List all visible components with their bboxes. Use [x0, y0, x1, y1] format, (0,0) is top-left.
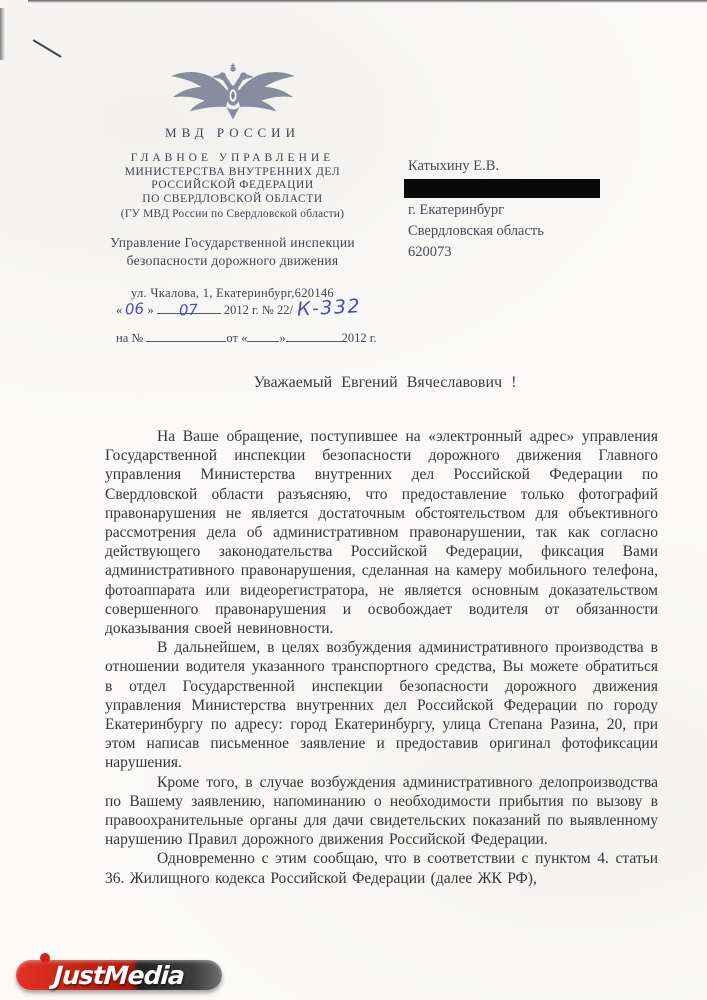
outgoing-reference-line: «06» 07 2012 г. № 22/К-332	[116, 297, 361, 319]
incoming-reference-line: на № от «»2012 г.	[116, 328, 377, 346]
handwritten-month: 07	[179, 301, 199, 320]
org-line-2: МИНИСТЕРСТВА ВНУТРЕННИХ ДЕЛ	[40, 166, 425, 180]
body-paragraph-2: В дальнейшем, в целях возбуждения админи…	[105, 638, 658, 772]
recipient-region: Свердловская область	[408, 221, 648, 242]
recipient-name: Катыхину Е.В.	[408, 156, 648, 177]
division-line-2: безопасности дорожного движения	[40, 252, 425, 270]
handwritten-number: К-332	[292, 295, 361, 321]
division-name: Управление Государственной инспекции без…	[40, 234, 425, 270]
justmedia-logo-text: JustMedia	[15, 960, 223, 990]
org-full-name: ГЛАВНОЕ УПРАВЛЕНИЕ МИНИСТЕРСТВА ВНУТРЕНН…	[40, 152, 425, 206]
org-name: МВД РОССИИ	[40, 125, 425, 141]
org-line-3: РОССИЙСКОЙ ФЕДЕРАЦИИ	[40, 179, 425, 193]
recipient-block: Катыхину Е.В. г. Екатеринбург Свердловск…	[408, 156, 648, 263]
scan-edge-artifact-left	[0, 8, 5, 60]
scan-edge-artifact-top	[28, 0, 707, 3]
org-abbreviation: (ГУ МВД России по Свердловской области)	[40, 208, 425, 220]
letterhead: МВД РОССИИ ГЛАВНОЕ УПРАВЛЕНИЕ МИНИСТЕРСТ…	[40, 62, 425, 301]
justmedia-watermark: JustMedia	[14, 953, 226, 993]
division-line-1: Управление Государственной инспекции	[40, 234, 425, 252]
reply-no-label: на №	[116, 331, 143, 345]
redaction-bar	[404, 179, 600, 198]
body-paragraph-3: Кроме того, в случае возбуждения админис…	[105, 773, 658, 850]
reference-printed-tail: 2012 г. № 22/	[224, 303, 293, 317]
body-paragraph-4: Одновременно с этим сообщаю, что в соотв…	[105, 849, 658, 887]
quote-close: »	[147, 303, 153, 317]
reply-year: 2012 г.	[342, 331, 377, 345]
handwritten-day: 06	[122, 299, 148, 318]
justmedia-logo-pill: JustMedia	[16, 960, 222, 990]
mvd-eagle-emblem-icon	[158, 62, 308, 122]
scanned-letter-page: МВД РОССИИ ГЛАВНОЕ УПРАВЛЕНИЕ МИНИСТЕРСТ…	[0, 0, 707, 1000]
org-line-4: ПО СВЕРДЛОВСКОЙ ОБЛАСТИ	[40, 193, 425, 207]
body-paragraph-1: На Ваше обращение, поступившее на «элект…	[105, 427, 658, 638]
letter-body: На Ваше обращение, поступившее на «элект…	[105, 427, 658, 888]
org-line-1: ГЛАВНОЕ УПРАВЛЕНИЕ	[40, 152, 425, 166]
recipient-city: г. Екатеринбург	[408, 200, 648, 221]
justmedia-text-media: Media	[103, 961, 185, 990]
justmedia-text-just: Just	[53, 961, 105, 990]
pen-mark	[32, 39, 61, 58]
salutation: Уважаемый Евгений Вячеславович !	[105, 374, 665, 392]
recipient-postal-code: 620073	[408, 242, 648, 263]
reply-from-label: от «	[226, 331, 247, 345]
